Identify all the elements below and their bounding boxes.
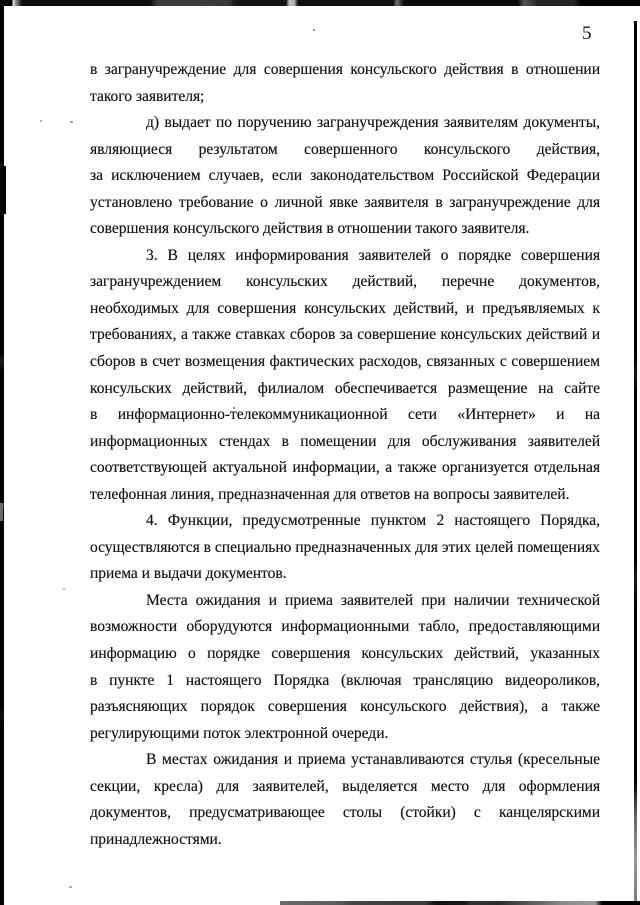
scan-speck <box>70 121 73 123</box>
text-line: разъясняющих порядок совершения консульс… <box>90 694 600 721</box>
text-line: приема и выдачи документов. <box>90 561 600 588</box>
scan-edge-top <box>0 0 640 6</box>
page-number: 5 <box>582 23 592 45</box>
scan-edge-bottom <box>280 901 640 905</box>
scan-speck <box>69 886 72 888</box>
text-line: необходимых для совершения консульских д… <box>90 296 600 323</box>
text-line: регулирующими поток электронной очереди. <box>90 721 600 748</box>
text-line: документов, предусматривающее столы (сто… <box>90 800 600 827</box>
text-line: в загранучреждение для совершения консул… <box>90 57 600 84</box>
scanned-document-page: 5 в загранучреждение для совершения конс… <box>0 0 640 905</box>
text-line: секции, кресла) для заявителей, выделяет… <box>90 774 600 801</box>
text-line: информационных стендах в помещении для о… <box>90 429 600 456</box>
text-line: информацию о порядке совершения консульс… <box>90 641 600 668</box>
scan-speck <box>313 29 315 31</box>
scan-speck <box>63 588 65 590</box>
scan-edge-right <box>634 21 637 905</box>
text-line: возможности оборудуются информационными … <box>90 614 600 641</box>
text-line: 3. В целях информирования заявителей о п… <box>90 243 600 270</box>
text-line: сборов в счет возмещения фактических рас… <box>90 349 600 376</box>
text-line: д) выдает по поручению загранучреждения … <box>90 110 600 137</box>
text-line: загранучреждением консульских действий, … <box>90 269 600 296</box>
document-body: в загранучреждение для совершения консул… <box>90 57 600 853</box>
text-line: являющиеся результатом совершенного конс… <box>90 137 600 164</box>
text-line: Места ожидания и приема заявителей при н… <box>90 588 600 615</box>
scan-edge-left-notch <box>0 503 3 521</box>
text-line: принадлежностями. <box>90 827 600 854</box>
text-line: в пункте 1 настоящего Порядка (включая т… <box>90 668 600 695</box>
scan-speck <box>40 120 42 122</box>
scan-edge-left <box>0 0 4 905</box>
text-line: телефонная линия, предназначенная для от… <box>90 482 600 509</box>
text-line: 4. Функции, предусмотренные пунктом 2 на… <box>90 508 600 535</box>
text-line: требованиях, а также ставках сборов за с… <box>90 322 600 349</box>
text-line: соответствующей актуальной информации, а… <box>90 455 600 482</box>
scan-edge-left-blob <box>0 166 6 214</box>
text-line: осуществляются в специально предназначен… <box>90 535 600 562</box>
text-line: такого заявителя; <box>90 84 600 111</box>
text-line: совершения консульского действия в отнош… <box>90 216 600 243</box>
text-line: установлено требование о личной явке зая… <box>90 190 600 217</box>
text-line: в информационно-телекоммуникационной сет… <box>90 402 600 429</box>
text-line: за исключением случаев, если законодател… <box>90 163 600 190</box>
text-line: консульских действий, филиалом обеспечив… <box>90 376 600 403</box>
text-line: В местах ожидания и приема устанавливают… <box>90 747 600 774</box>
